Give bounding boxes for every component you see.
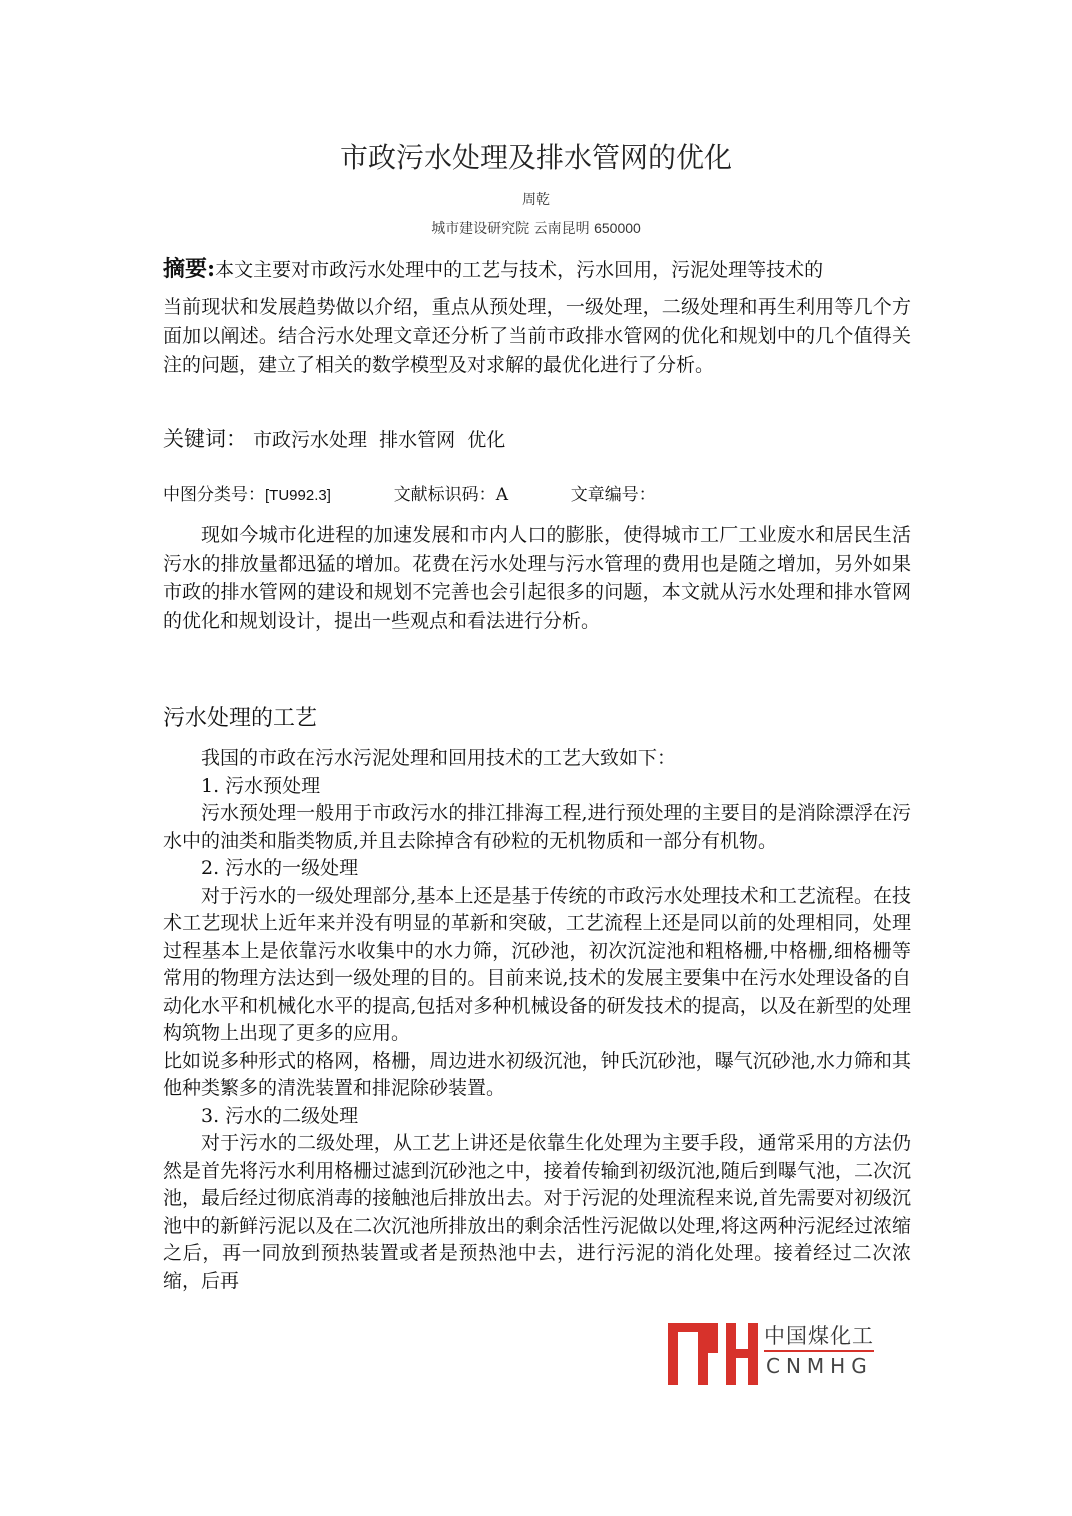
keywords-label: 关键词：: [163, 427, 247, 451]
classification-line: 中图分类号：[TU992.3] 文献标识码：A 文章编号：: [163, 482, 911, 509]
article-no-label: 文章编号：: [571, 485, 656, 505]
keyword-item: 排水管网: [379, 429, 455, 451]
cnmhg-logo-icon: [668, 1323, 758, 1385]
subsection-heading: 3. 污水的二级处理: [163, 1103, 911, 1131]
keyword-item: 市政污水处理: [253, 429, 367, 451]
abstract-body: 当前现状和发展趋势做以介绍，重点从预处理，一级处理，二级处理和再生利用等几个方面…: [163, 296, 911, 376]
section-body: 我国的市政在污水污泥处理和回用技术的工艺大致如下： 1. 污水预处理 污水预处理…: [163, 745, 911, 1295]
paper-title: 市政污水处理及排水管网的优化: [0, 140, 1072, 176]
abstract: 摘要:本文主要对市政污水处理中的工艺与技术，污水回用，污泥处理等技术的 当前现状…: [163, 255, 911, 380]
body-paragraph: 污水预处理一般用于市政污水的排江排海工程,进行预处理的主要目的是消除漂浮在污水中…: [163, 800, 911, 855]
affiliation-text: 城市建设研究院 云南昆明: [431, 221, 589, 237]
keywords: 关键词： 市政污水处理 排水管网 优化: [163, 424, 911, 455]
section-heading: 污水处理的工艺: [163, 703, 911, 735]
intro-paragraph: 现如今城市化进程的加速发展和市内人口的膨胀，使得城市工厂工业废水和居民生活污水的…: [163, 521, 911, 635]
watermark-en-text: CNMHG: [766, 1354, 873, 1378]
keyword-item: 优化: [467, 429, 505, 451]
body-paragraph: 比如说多种形式的格网，格栅，周边进水初级沉池，钟氏沉砂池，曝气沉砂池,水力筛和其…: [163, 1048, 911, 1103]
watermark-cn-text: 中国煤化工: [764, 1320, 874, 1350]
watermark-divider: [764, 1350, 874, 1352]
subsection-heading: 2. 污水的一级处理: [163, 855, 911, 883]
body-paragraph: 对于污水的一级处理部分,基本上还是基于传统的市政污水处理技术和工艺流程。在技术工…: [163, 883, 911, 1048]
section-lead: 我国的市政在污水污泥处理和回用技术的工艺大致如下：: [163, 745, 911, 773]
body-paragraph: 对于污水的二级处理，从工艺上讲还是依靠生化处理为主要手段，通常采用的方法仍然是首…: [163, 1130, 911, 1295]
abstract-first-line: 本文主要对市政污水处理中的工艺与技术，污水回用，污泥处理等技术的: [215, 259, 823, 281]
abstract-label: 摘要:: [163, 256, 215, 282]
doc-code-label: 文献标识码：: [394, 485, 496, 505]
clc-label: 中图分类号：: [163, 485, 265, 505]
watermark-logo: 中国煤化工 CNMHG: [668, 1317, 888, 1389]
author-name: 周乾: [0, 190, 1072, 210]
postcode: 650000: [594, 220, 641, 236]
subsection-heading: 1. 污水预处理: [163, 773, 911, 801]
document-page: 市政污水处理及排水管网的优化 周乾 城市建设研究院 云南昆明 650000 摘要…: [0, 0, 1072, 1516]
author-affiliation: 城市建设研究院 云南昆明 650000: [0, 218, 1072, 239]
doc-code-value: A: [496, 485, 508, 505]
clc-value: [TU992.3]: [265, 487, 331, 504]
